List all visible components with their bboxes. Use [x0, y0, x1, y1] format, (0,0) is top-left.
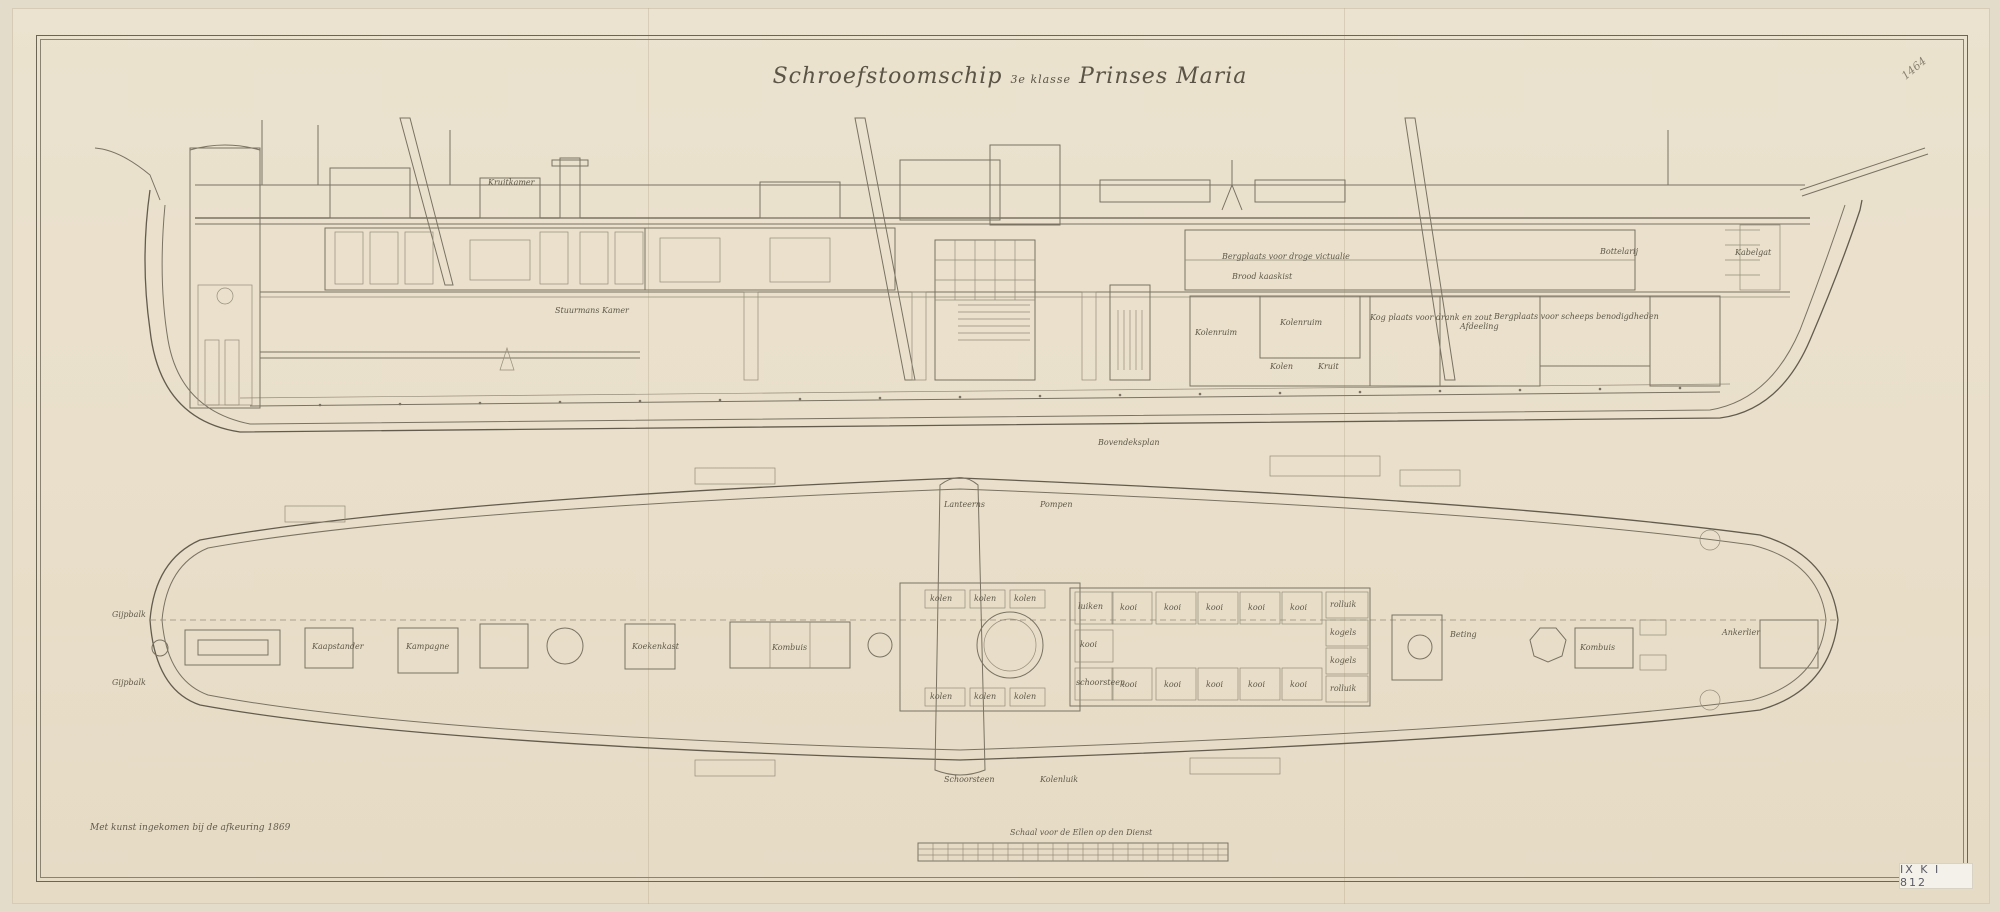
hatch-label: luiken — [1078, 602, 1103, 611]
profile-label: Kolen — [1270, 362, 1293, 371]
profile-label: Afdeeling — [1460, 322, 1499, 331]
plan-left-label: Gijpbalk — [112, 678, 146, 687]
plan-fitting-label: Kombuis — [1580, 643, 1615, 652]
berth-label: kooi — [1164, 680, 1181, 689]
hatch-label: schoorsteen — [1076, 678, 1125, 687]
plan-fitting-label: Kaapstander — [312, 642, 364, 651]
berth-label: kooi — [1164, 603, 1181, 612]
profile-label: Bottelarij — [1600, 247, 1638, 256]
ship-drawing — [0, 0, 2000, 912]
profile-view — [95, 118, 1928, 432]
profile-label: Bergplaats voor scheeps benodigdheden — [1494, 312, 1659, 321]
engine-box-label: kolen — [930, 594, 952, 603]
plan-view — [150, 456, 1838, 776]
engine-box-label: kolen — [1014, 594, 1036, 603]
archive-tag: IX K I 812 — [1899, 863, 1973, 889]
profile-label: Kolenruim — [1280, 318, 1322, 327]
berth-label: kooi — [1206, 680, 1223, 689]
engine-box-label: kolen — [974, 594, 996, 603]
engine-box-label: kolen — [974, 692, 996, 701]
berth-label: kooi — [1248, 680, 1265, 689]
plan-fitting-label: Kombuis — [772, 643, 807, 652]
berth-label: rolluik — [1330, 684, 1356, 693]
plan-bottom-label: Lanteerns — [944, 500, 985, 509]
plan-fitting-label: Koekenkast — [632, 642, 679, 651]
engine-box-label: kolen — [930, 692, 952, 701]
profile-label: Kog plaats voor drank en zout — [1370, 313, 1492, 322]
profile-label: Kruitkamer — [488, 178, 535, 187]
profile-label: Kabelgat — [1735, 248, 1771, 257]
plan-fitting-label: Ankerlier — [1722, 628, 1760, 637]
engine-box-label: kolen — [1014, 692, 1036, 701]
berth-label: kooi — [1120, 680, 1137, 689]
plan-bottom-label: Pompen — [1040, 500, 1072, 509]
profile-label: Stuurmans Kamer — [555, 306, 629, 315]
berth-label: rolluik — [1330, 600, 1356, 609]
profile-label: Kruit — [1318, 362, 1339, 371]
berth-label: kooi — [1290, 680, 1307, 689]
side-box-label: kogels — [1330, 628, 1356, 637]
scale-bar — [918, 843, 1228, 861]
berth-label: kooi — [1206, 603, 1223, 612]
scale-title: Schaal voor de Ellen op den Dienst — [1010, 828, 1152, 837]
side-box-label: kogels — [1330, 656, 1356, 665]
plan-bottom-label: Kolenluik — [1040, 775, 1078, 784]
berth-label: kooi — [1120, 603, 1137, 612]
hatch-label: kooi — [1080, 640, 1097, 649]
plan-bottom-label: Schoorsteen — [944, 775, 995, 784]
plan-deck-label: Bovendeksplan — [1098, 438, 1160, 447]
profile-label: Brood kaaskist — [1232, 272, 1292, 281]
berth-label: kooi — [1248, 603, 1265, 612]
berth-label: kooi — [1290, 603, 1307, 612]
profile-label: Kolenruim — [1195, 328, 1237, 337]
footer-note: Met kunst ingekomen bij de afkeuring 186… — [90, 823, 290, 833]
plan-left-label: Gijpbalk — [112, 610, 146, 619]
plan-fitting-label: Kampagne — [406, 642, 449, 651]
profile-label: Bergplaats voor droge victualie — [1222, 252, 1350, 261]
plan-fitting-label: Beting — [1450, 630, 1477, 639]
